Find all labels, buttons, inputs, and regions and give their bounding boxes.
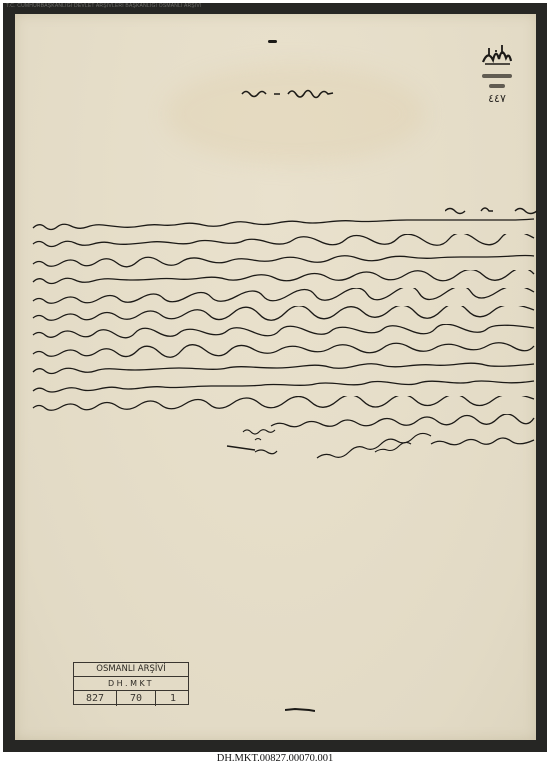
stamp-title: OSMANLI ARŞİVİ bbox=[74, 663, 188, 677]
stamp-collection-code: DH.MKT bbox=[74, 677, 188, 691]
letterhead-line bbox=[489, 84, 505, 88]
signature-script bbox=[225, 426, 285, 460]
script-line bbox=[31, 342, 536, 360]
script-line bbox=[31, 234, 536, 252]
document-page: ٤٤٧ OSMANLI ARŞİVİ DH.MKT bbox=[15, 14, 536, 740]
script-line bbox=[31, 252, 536, 270]
script-line bbox=[31, 288, 536, 306]
document-title-script bbox=[240, 85, 335, 99]
stamp-cell-box: 827 bbox=[74, 691, 117, 706]
date-script bbox=[315, 432, 435, 462]
script-line bbox=[31, 216, 536, 234]
archive-header-strip: T.C. CUMHURBAŞKANLIĞI DEVLET ARŞİVLERİ B… bbox=[6, 3, 206, 11]
script-line bbox=[31, 360, 536, 378]
archive-stamp: OSMANLI ARŞİVİ DH.MKT 827 70 1 bbox=[73, 662, 189, 705]
script-line bbox=[31, 378, 536, 396]
stamp-cell-file: 70 bbox=[117, 691, 156, 706]
calligraphic-emblem-icon bbox=[480, 42, 514, 68]
letterhead-line bbox=[482, 74, 512, 78]
document-reference-caption: DH.MKT.00827.00070.001 bbox=[0, 753, 550, 764]
handwritten-body bbox=[31, 216, 536, 450]
stamp-reference-cells: 827 70 1 bbox=[74, 691, 188, 706]
top-ink-mark bbox=[268, 40, 277, 43]
script-line bbox=[31, 306, 536, 324]
paper-stain bbox=[165, 64, 425, 164]
ink-smudge bbox=[285, 707, 315, 713]
script-line bbox=[31, 396, 536, 414]
letterhead: ٤٤٧ bbox=[472, 42, 522, 105]
document-number: ٤٤٧ bbox=[472, 92, 522, 105]
script-line bbox=[31, 324, 536, 342]
salutation-script bbox=[445, 202, 545, 216]
script-line bbox=[31, 270, 536, 288]
stamp-cell-page: 1 bbox=[156, 691, 190, 706]
